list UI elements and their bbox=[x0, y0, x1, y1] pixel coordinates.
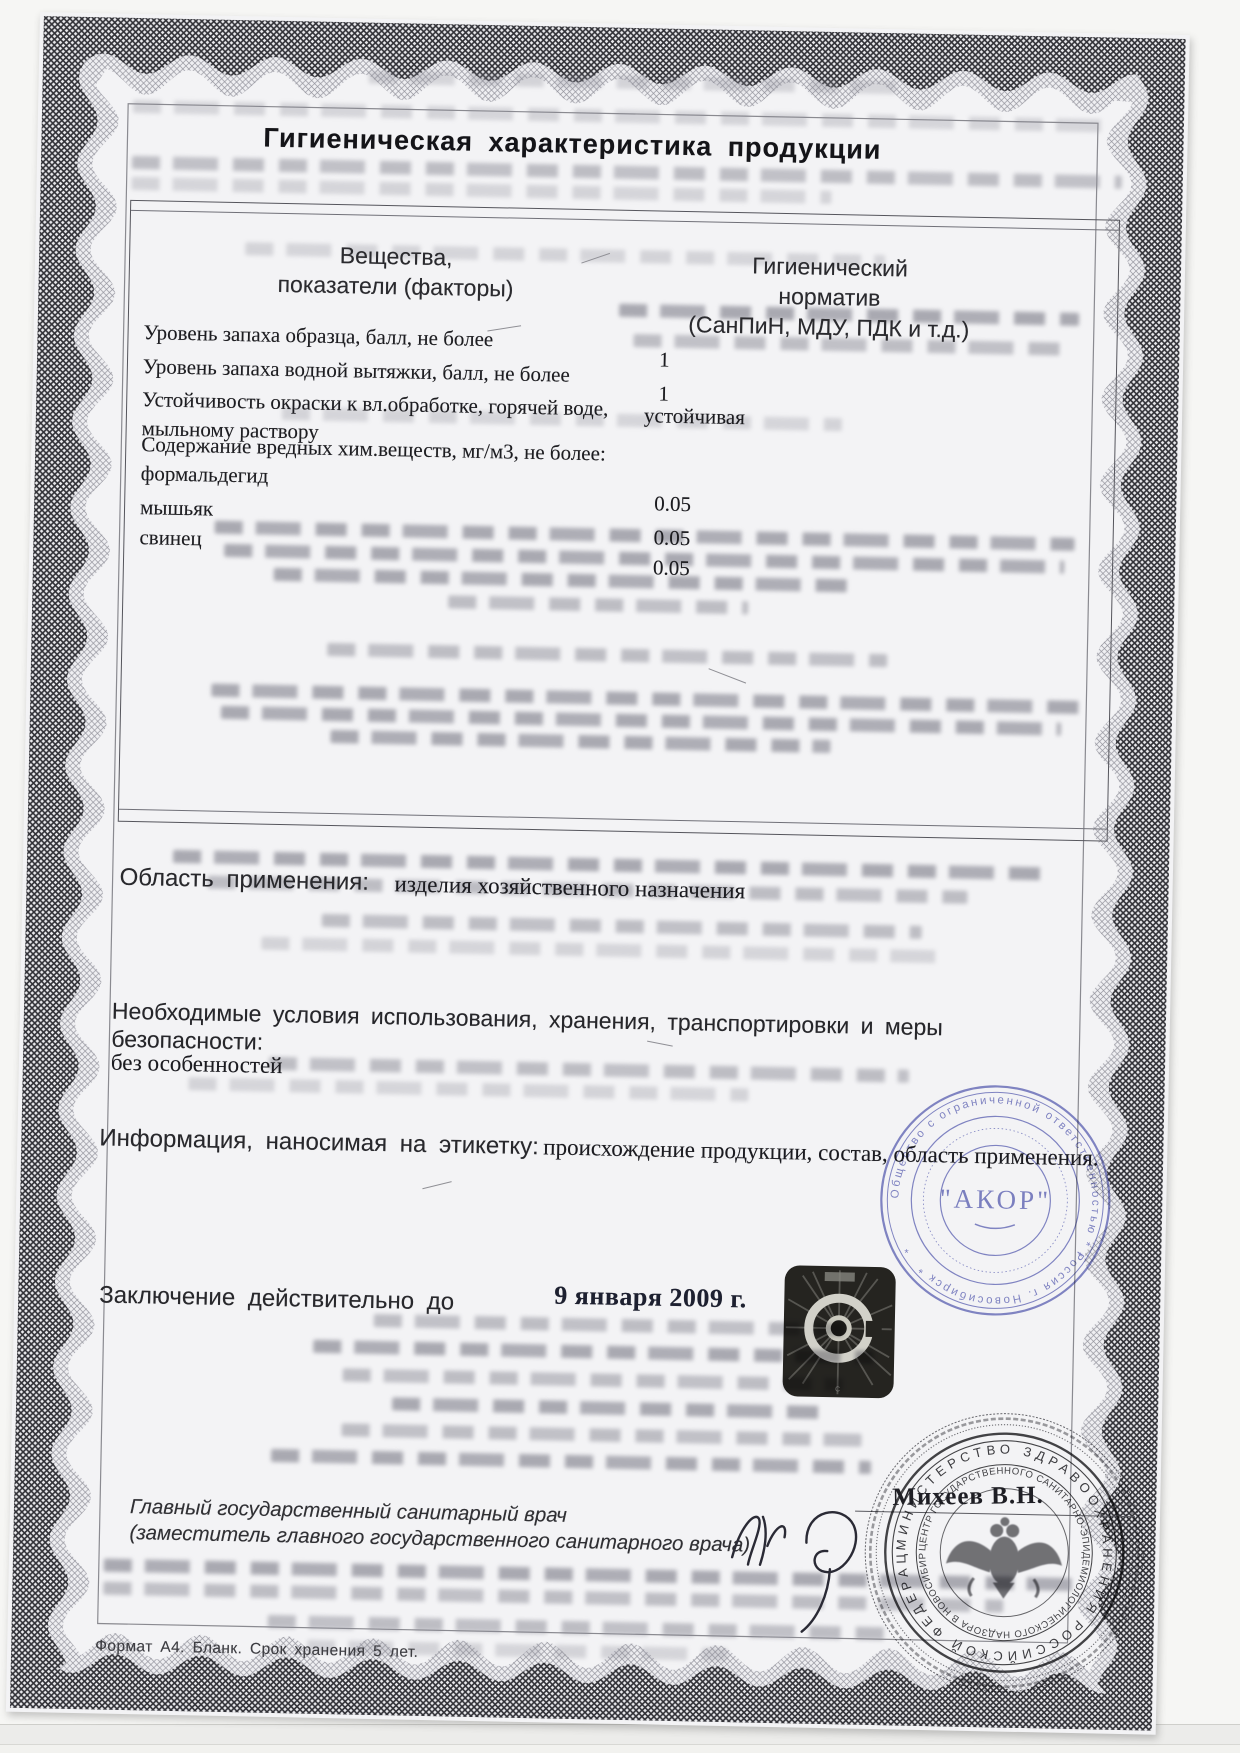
handwritten-signature bbox=[708, 1479, 881, 1642]
field-valid-until-value: 9 января 2009 г. bbox=[554, 1281, 747, 1315]
scanner-background-paper-edge bbox=[0, 1744, 1240, 1753]
table-row-value: устойчивая bbox=[644, 403, 745, 430]
signatory-name: Михеев В.Н. bbox=[892, 1482, 1044, 1512]
scanned-certificate-screenshot: { "doc": { "title": "Гигиеническая харак… bbox=[0, 0, 1240, 1753]
table-col1-header: Вещества, показатели (факторы) bbox=[230, 238, 561, 305]
certificate-page: Гигиеническая характеристика продукции В… bbox=[6, 12, 1190, 1735]
field-conditions-value: без особенностей bbox=[111, 1050, 283, 1079]
svg-text:*: * bbox=[904, 1248, 909, 1260]
table-row-value: 0.05 bbox=[654, 491, 691, 517]
table-row-label: формальдегид bbox=[141, 461, 269, 489]
akor-center-text: "АКОР" bbox=[939, 1183, 1051, 1215]
double-headed-eagle-emblem bbox=[945, 1516, 1063, 1600]
table-row-label: мышьяк bbox=[140, 495, 214, 521]
table-row-value: 1 bbox=[659, 347, 670, 372]
ministry-round-seal: МИНИСТЕРСТВО ЗДРАВООХРАНЕНИЯ РОССИЙСКОЙ … bbox=[859, 1408, 1149, 1698]
table-row-label: свинец bbox=[139, 525, 202, 551]
hologram-letter: С bbox=[835, 1386, 840, 1393]
field-scope-label: Область применения: bbox=[119, 864, 369, 897]
table-row-value: 0.05 bbox=[653, 525, 690, 551]
table-col2-header: Гигиенический норматив (СанПиН, МДУ, ПДК… bbox=[664, 249, 996, 346]
table-row-value: 0.05 bbox=[653, 555, 690, 581]
akor-round-stamp: Общество с ограниченной ответственностью… bbox=[875, 1080, 1116, 1321]
